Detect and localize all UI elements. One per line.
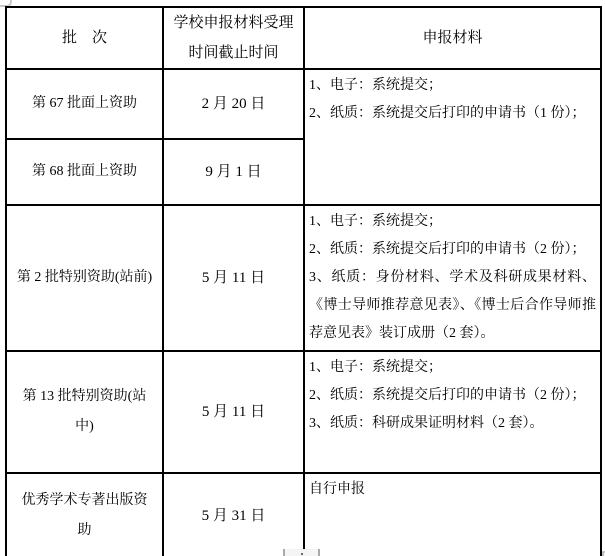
header-materials: 申报材料 (304, 7, 601, 69)
deadline-cell: 9 月 1 日 (163, 139, 304, 205)
table-row-special-13: 第 13 批特别资助(站 中) 5 月 11 日 1、电子：系统提交； 2、纸质… (6, 351, 601, 473)
materials-line: 2、纸质：系统提交后打印的申请书（1 份）； (309, 100, 596, 128)
materials-cell: 1、电子：系统提交； 2、纸质：系统提交后打印的申请书（2 份）； 3、纸质：科… (304, 351, 601, 473)
materials-cell: 自行申报 (304, 473, 601, 556)
batch-cell: 优秀学术专著出版资 助 (6, 473, 163, 556)
materials-line: 3、纸质：身份材料、学术及科研成果材料、《博士导师推荐意见表》、《博士后合作导师… (309, 264, 596, 348)
partial-element-bottom (283, 549, 320, 556)
table-row-monograph: 优秀学术专著出版资 助 5 月 31 日 自行申报 (6, 473, 601, 556)
batch-cell: 第 68 批面上资助 (6, 139, 163, 205)
header-deadline: 学校申报材料受理 时间截止时间 (163, 7, 304, 69)
materials-line: 2、纸质：系统提交后打印的申请书（2 份）； (309, 382, 596, 410)
batch-cell: 第 2 批特别资助(站前) (6, 205, 163, 351)
partial-element-dot (301, 553, 303, 555)
materials-line: 1、电子：系统提交； (309, 208, 596, 236)
materials-cell: 1、电子：系统提交； 2、纸质：系统提交后打印的申请书（2 份）； 3、纸质：身… (304, 205, 601, 351)
table-header-row: 批 次 学校申报材料受理 时间截止时间 申报材料 (6, 7, 601, 69)
deadline-cell: 5 月 11 日 (163, 351, 304, 473)
table-row-special-2: 第 2 批特别资助(站前) 5 月 11 日 1、电子：系统提交； 2、纸质：系… (6, 205, 601, 351)
document-page: 批 次 学校申报材料受理 时间截止时间 申报材料 第 67 批面上资助 2 月 … (0, 0, 605, 556)
materials-line: 自行申报 (309, 476, 596, 504)
materials-cell: 1、电子：系统提交； 2、纸质：系统提交后打印的申请书（1 份）； (304, 69, 601, 205)
batch-cell: 第 67 批面上资助 (6, 69, 163, 139)
materials-line: 1、电子：系统提交； (309, 72, 596, 100)
header-batch: 批 次 (6, 7, 163, 69)
materials-line: 1、电子：系统提交； (309, 354, 596, 382)
batch-cell: 第 13 批特别资助(站 中) (6, 351, 163, 473)
table-row-batch-67: 第 67 批面上资助 2 月 20 日 1、电子：系统提交； 2、纸质：系统提交… (6, 69, 601, 139)
deadline-cell: 5 月 31 日 (163, 473, 304, 556)
grant-schedule-table: 批 次 学校申报材料受理 时间截止时间 申报材料 第 67 批面上资助 2 月 … (5, 6, 602, 556)
materials-line: 3、纸质：科研成果证明材料（2 套）。 (309, 410, 596, 438)
deadline-cell: 5 月 11 日 (163, 205, 304, 351)
materials-line: 2、纸质：系统提交后打印的申请书（2 份）； (309, 236, 596, 264)
deadline-cell: 2 月 20 日 (163, 69, 304, 139)
